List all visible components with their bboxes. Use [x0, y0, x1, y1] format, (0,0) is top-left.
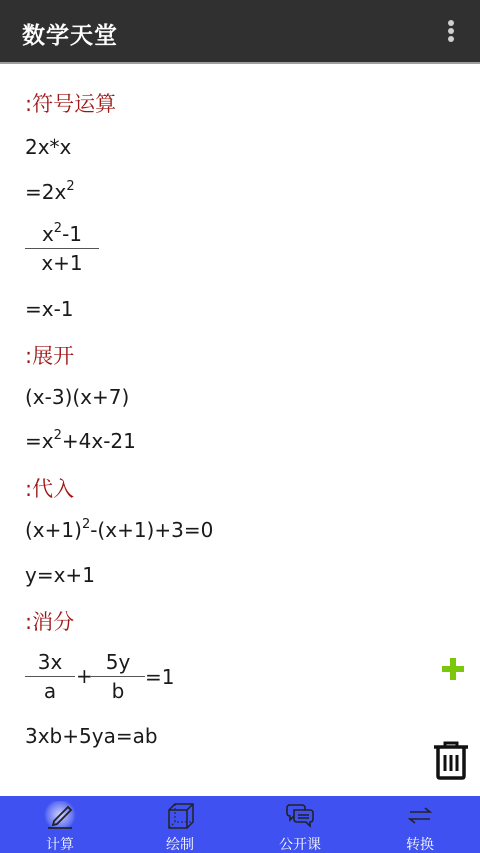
numerator: x2-1	[25, 222, 99, 246]
plus-icon[interactable]	[440, 656, 466, 682]
result-text: =2x	[25, 180, 66, 204]
fraction-bar	[25, 676, 75, 677]
swap-arrows-icon	[404, 801, 436, 829]
section-title-substitute: :代入	[25, 473, 74, 503]
nav-item-open-class[interactable]: 公开课	[240, 796, 360, 853]
fraction-3x-a[interactable]: 3x a	[25, 650, 75, 703]
nav-item-calculate[interactable]: 计算	[0, 796, 120, 853]
bottom-navigation: 计算 绘制 公开课 转换	[0, 796, 480, 853]
expression-result: =x2+4x-21	[25, 429, 136, 453]
expression-result: 3xb+5ya=ab	[25, 724, 158, 748]
pencil-icon	[44, 801, 76, 829]
fraction-bar	[25, 248, 99, 249]
nav-item-convert[interactable]: 转换	[360, 796, 480, 853]
nav-label: 计算	[0, 834, 120, 853]
fraction-bar	[91, 676, 145, 677]
denominator: b	[91, 679, 145, 703]
numerator: 5y	[91, 650, 145, 674]
expression-input[interactable]: (x+1)2-(x+1)+3=0	[25, 518, 213, 542]
equals-one: =1	[145, 665, 174, 689]
exponent: 2	[66, 179, 74, 194]
more-vert-icon[interactable]	[444, 20, 458, 46]
fraction-expression[interactable]: x2-1 x+1	[25, 222, 99, 275]
expression-result: =x-1	[25, 297, 74, 321]
expression-result: =2x2	[25, 180, 75, 204]
trash-icon[interactable]	[432, 740, 470, 780]
cube-icon	[164, 801, 196, 829]
expression-input[interactable]: 2x*x	[25, 135, 71, 159]
chat-bubbles-icon	[284, 801, 316, 829]
expression-input[interactable]: (x-3)(x+7)	[25, 385, 129, 409]
fraction-5y-b[interactable]: 5y b	[91, 650, 145, 703]
denominator: a	[25, 679, 75, 703]
nav-item-draw[interactable]: 绘制	[120, 796, 240, 853]
expression-input[interactable]: y=x+1	[25, 563, 95, 587]
denominator: x+1	[25, 251, 99, 275]
section-title-symbolic: :符号运算	[25, 88, 116, 118]
nav-label: 转换	[360, 834, 480, 853]
nav-label: 绘制	[120, 834, 240, 853]
app-title: 数学天堂	[22, 17, 118, 50]
numerator: 3x	[25, 650, 75, 674]
app-bar: 数学天堂	[0, 0, 480, 64]
section-title-clear-fractions: :消分	[25, 606, 74, 636]
section-title-expand: :展开	[25, 340, 74, 370]
nav-label: 公开课	[240, 834, 360, 853]
